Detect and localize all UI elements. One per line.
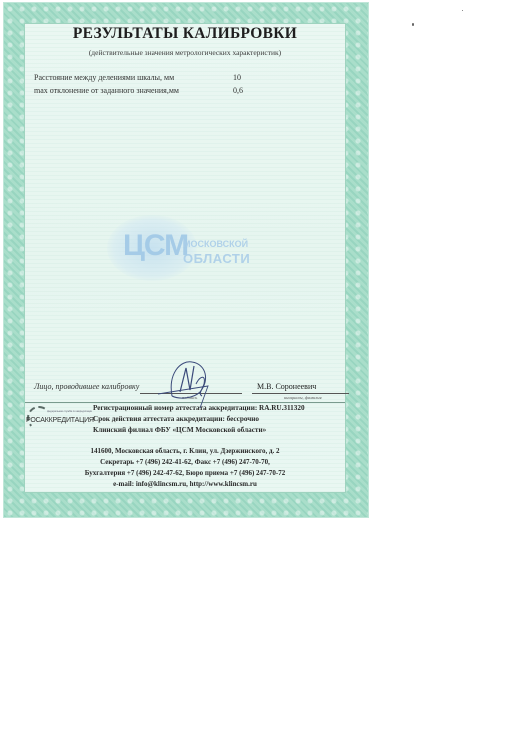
parameter-label: max отклонение от заданного значения,мм <box>34 86 179 95</box>
handwritten-signature-icon <box>150 354 230 409</box>
document-title: РЕЗУЛЬТАТЫ КАЛИБРОВКИ <box>25 25 345 43</box>
parameter-value: 0,6 <box>233 86 243 95</box>
name-caption: инициалы, фамилия <box>284 395 322 400</box>
scan-speck <box>462 10 463 11</box>
logo-small-text: федеральная служба по аккредитации <box>47 410 92 413</box>
document-subtitle: (действительные значения метрологических… <box>25 48 345 57</box>
phone-line: Секретарь +7 (496) 242-41-62, Факс +7 (4… <box>25 458 345 466</box>
csm-watermark-logo: ЦСМ МОСКОВСКОЙ ОБЛАСТИ <box>97 209 257 289</box>
organization-name: Клинский филиал ФБУ «ЦСМ Московской обла… <box>93 426 266 434</box>
watermark-logo-text: ЦСМ <box>123 229 188 263</box>
calibration-certificate: РЕЗУЛЬТАТЫ КАЛИБРОВКИ (действительные зн… <box>4 3 368 517</box>
address-line: 141600, Московская область, г. Клин, ул.… <box>25 447 345 455</box>
parameter-value: 10 <box>233 73 241 82</box>
rosaccreditation-logo: федеральная служба по аккредитации РОСАК… <box>25 404 90 432</box>
scan-speck <box>412 23 414 26</box>
watermark-line2: ОБЛАСТИ <box>183 251 250 266</box>
phone-line: Бухгалтерия +7 (496) 242-47-62, Бюро при… <box>25 469 345 477</box>
watermark-line1: МОСКОВСКОЙ <box>183 239 248 249</box>
accreditation-validity: Срок действия аттестата аккредитации: бе… <box>93 415 259 423</box>
name-line <box>252 393 349 394</box>
calibrator-name: М.В. Соронеевич <box>257 382 316 391</box>
calibrator-label: Лицо, проводившее калибровку <box>34 382 139 391</box>
parameter-label: Расстояние между делениями шкалы, мм <box>34 73 174 82</box>
certificate-inner-area: РЕЗУЛЬТАТЫ КАЛИБРОВКИ (действительные зн… <box>24 23 346 493</box>
logo-text: РОСАККРЕДИТАЦИЯ <box>26 417 94 424</box>
contact-line: e-mail: info@klincsm.ru, http://www.klin… <box>25 480 345 488</box>
